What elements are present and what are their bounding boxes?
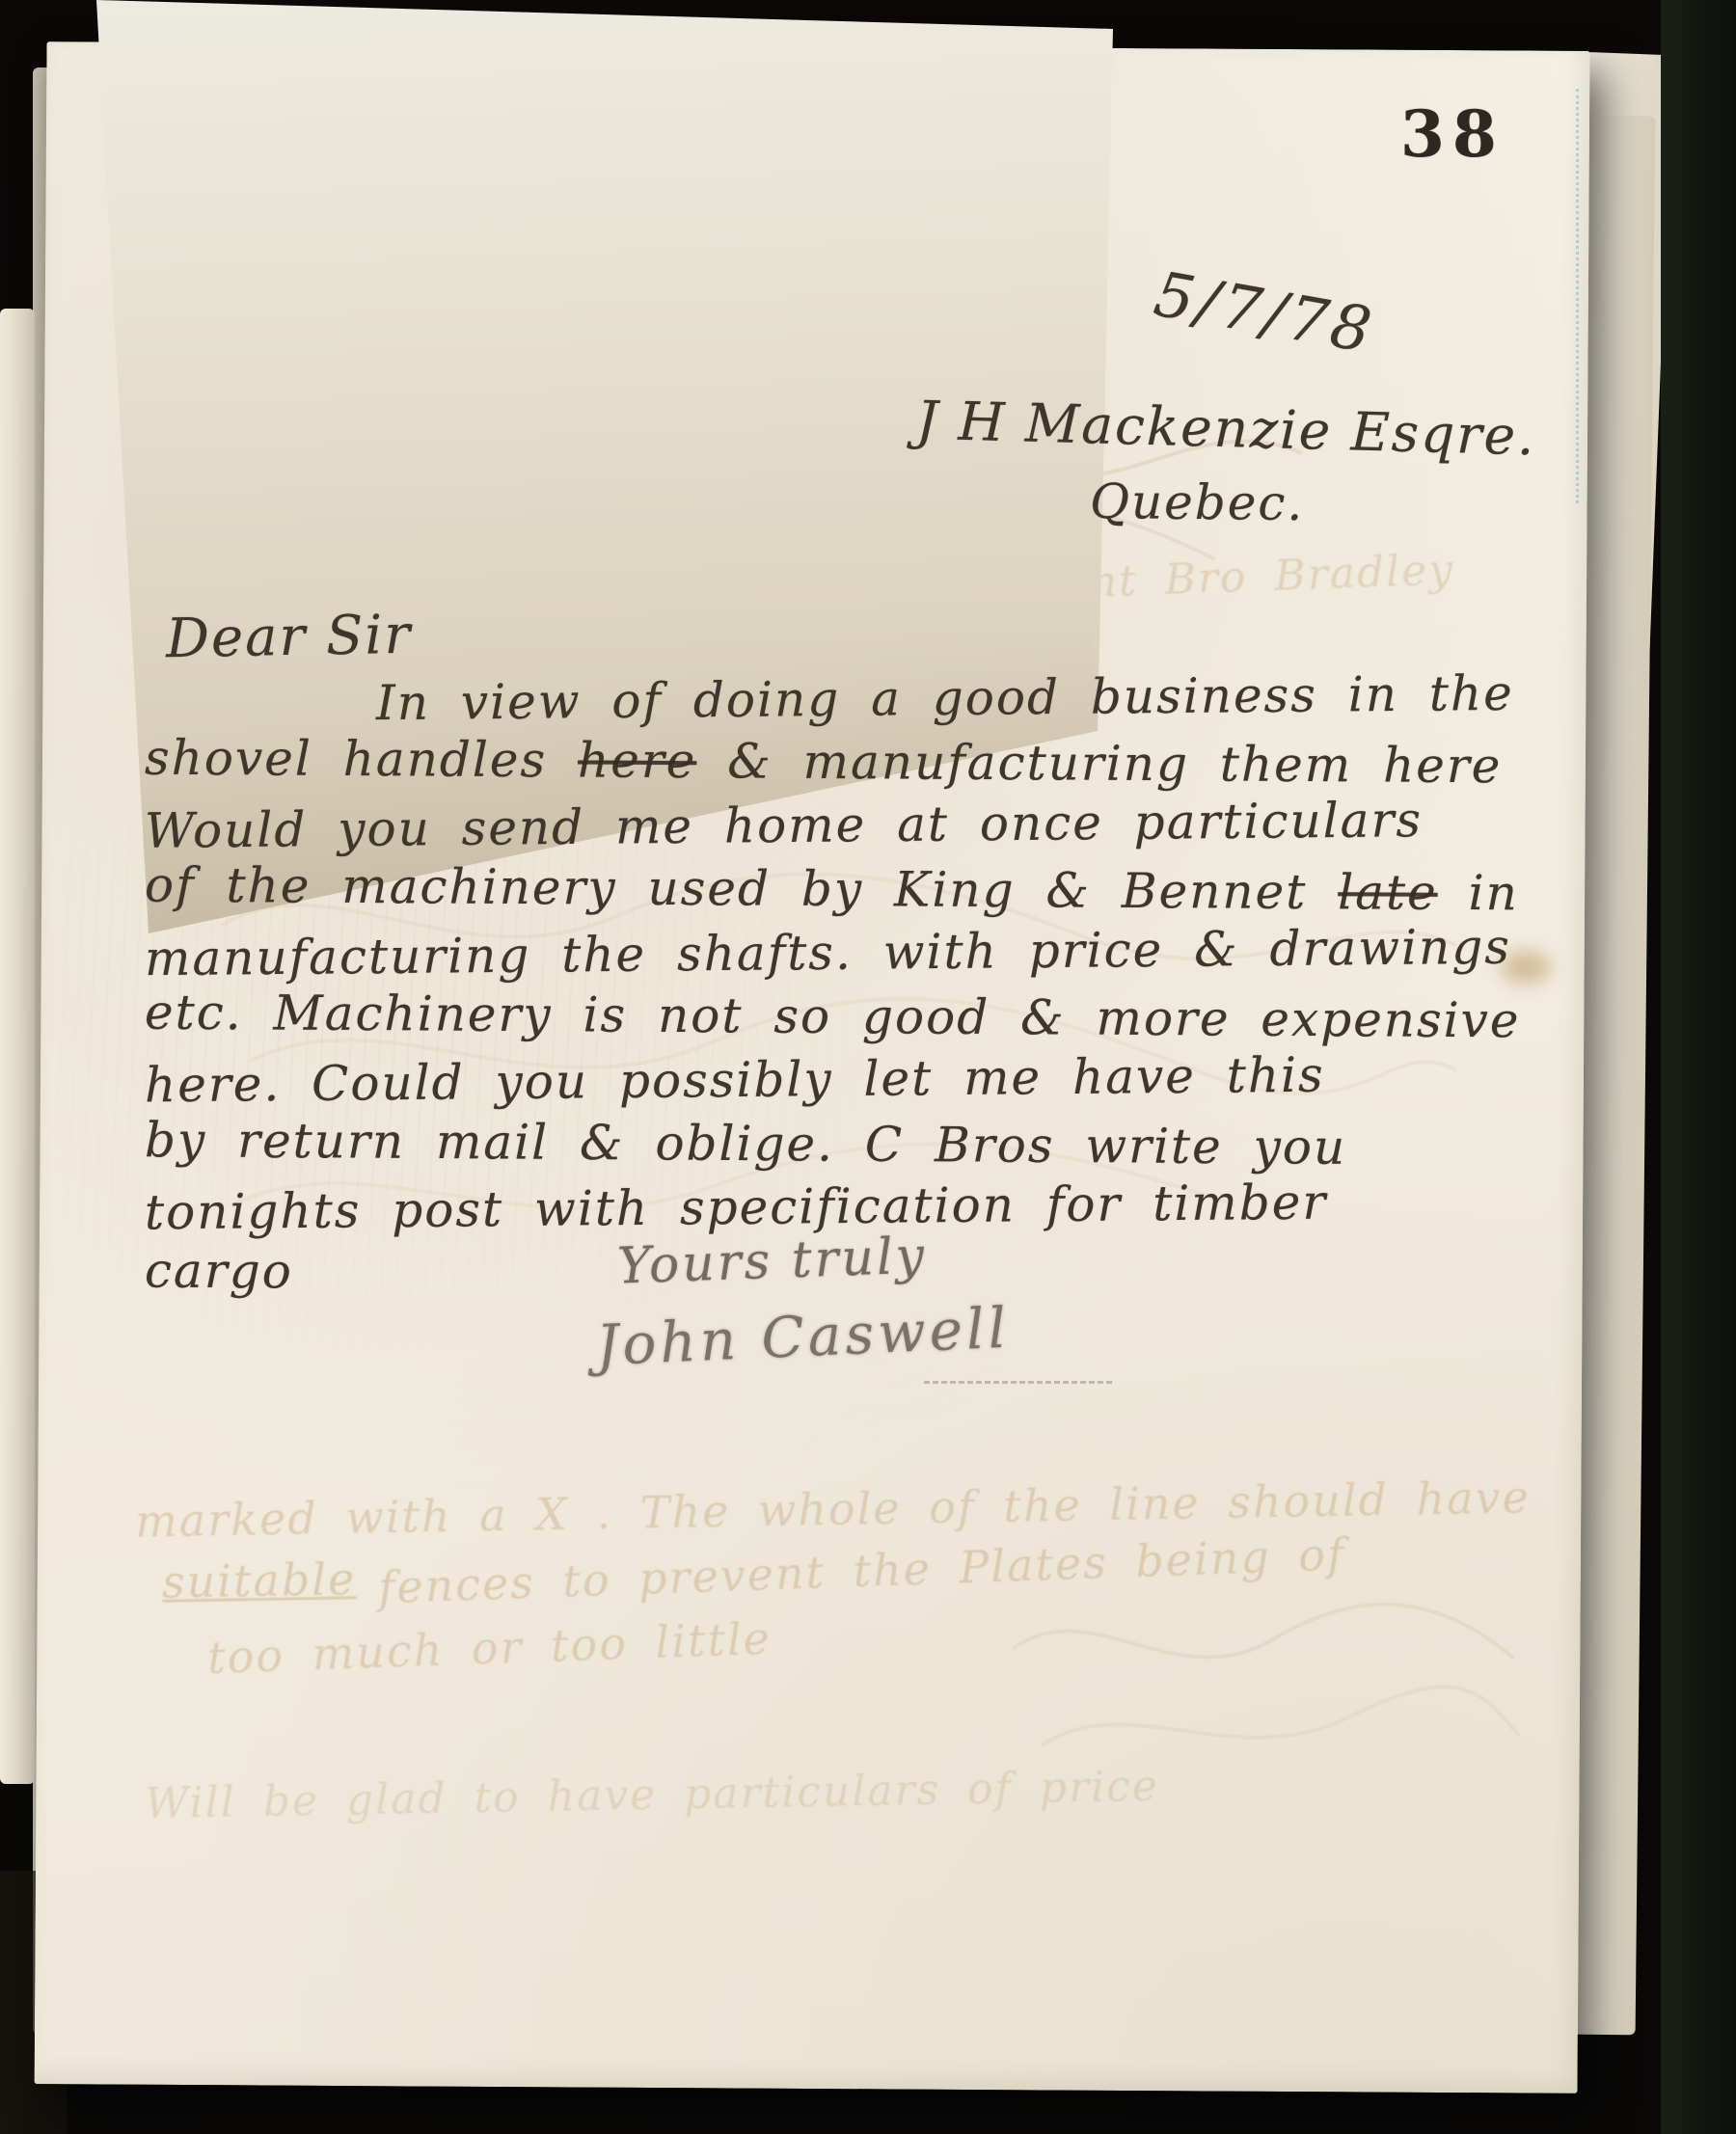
letter-line: shovel handles here & manufacturing them… [145,730,1503,795]
line-text: shovel handles [145,730,578,789]
line-text: of the machinery used by King & Bennet [145,857,1339,921]
letter-line: of the machinery used by King & Bennet l… [145,857,1519,922]
line-text: In view of doing a good business in the [376,665,1514,731]
letter-line: tonights post with specification for tim… [145,1175,1328,1241]
left-page-edge-front [0,309,35,1784]
page-edge-stitch-marks [1576,89,1579,503]
line-text: in [1437,865,1518,922]
struck-word: late [1338,864,1438,921]
line-text: here. Could you possibly let me have thi… [145,1047,1325,1114]
line-text: & manufacturing them here [696,733,1502,794]
letter-line: Would you send me home at once particula… [145,792,1424,859]
book-cover-edge [1661,0,1736,2134]
recipient-place: Quebec. [1090,473,1305,531]
letter-line: manufacturing the shafts. with price & d… [145,919,1511,986]
struck-word: here [578,732,697,789]
line-text: by return mail & oblige. C Bros write yo… [145,1112,1347,1175]
closing: Yours truly [616,1227,928,1295]
letter-line: etc. Machinery is not so good & more exp… [145,985,1521,1049]
letterbook-photo: Greaves Messrs W Hunt Bro Bradleymarked … [0,0,1736,2134]
line-text: cargo [145,1243,293,1300]
line-text: Would you send me home at once particula… [145,792,1424,859]
letter-line: In view of doing a good business in the [376,665,1514,731]
line-text: manufacturing the shafts. with price & d… [145,919,1511,986]
line-text: tonights post with specification for tim… [145,1175,1328,1241]
signature-flourish [924,1381,1112,1384]
line-text: etc. Machinery is not so good & more exp… [145,985,1521,1049]
letter-line: by return mail & oblige. C Bros write yo… [145,1112,1347,1175]
folio-number: 38 [1400,96,1505,172]
letter-line: cargo [145,1243,293,1300]
letter-line: here. Could you possibly let me have thi… [145,1047,1325,1114]
